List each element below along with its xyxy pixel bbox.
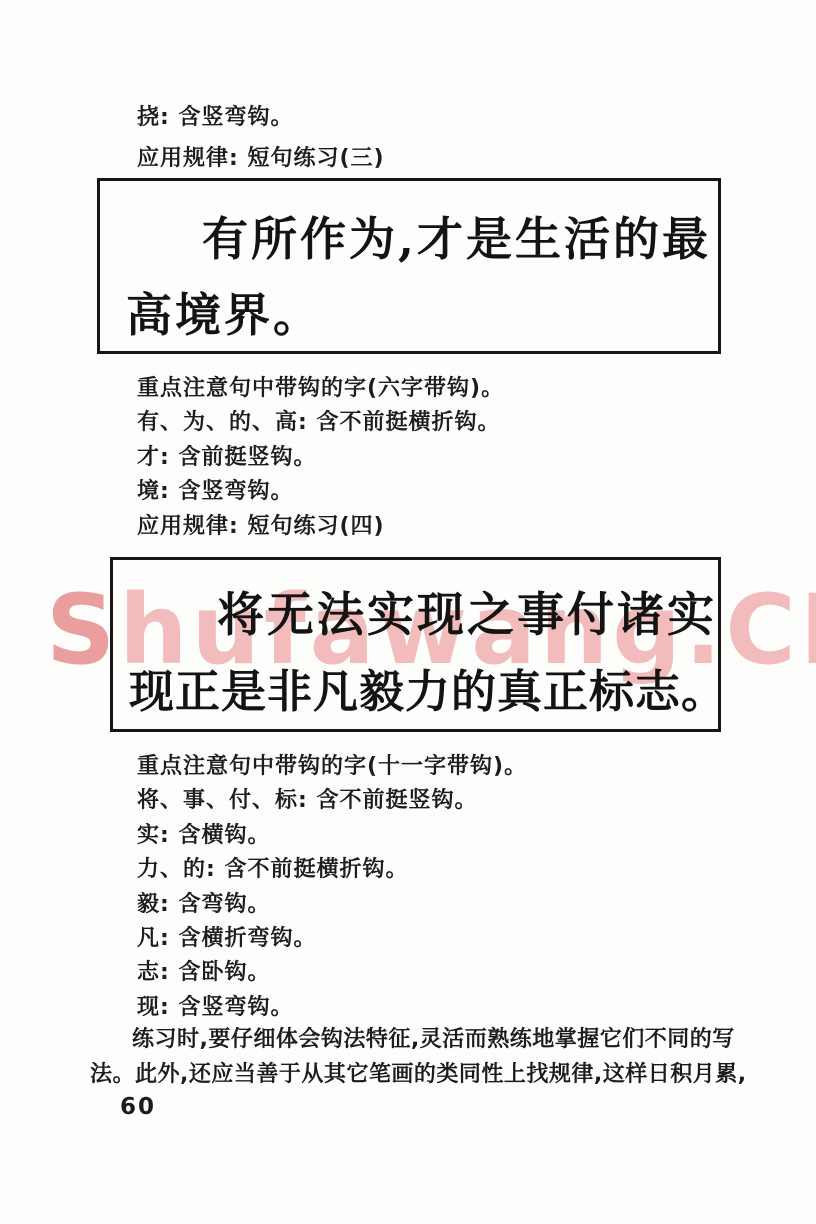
note-line: 凡: 含横折弯钩。 xyxy=(137,922,527,956)
practice-sentence-box-1: 有所作为,才是生活的最 高境界。 xyxy=(97,178,721,354)
hook-notes-section-2: 重点注意句中带钩的字(十一字带钩)。 将、事、付、标: 含不前挺竖钩。 实: 含… xyxy=(137,750,527,1025)
rule-line: 挠: 含竖弯钩。 xyxy=(137,100,293,131)
note-line: 应用规律: 短句练习(四) xyxy=(137,510,504,544)
note-line: 才: 含前挺竖钩。 xyxy=(137,441,504,475)
note-line: 有、为、的、高: 含不前挺横折钩。 xyxy=(137,406,504,440)
rule-line: 应用规律: 短句练习(三) xyxy=(137,141,385,172)
paragraph-line: 法。此外,还应当善于从其它笔画的类同性上找规律,这样日积月累, xyxy=(90,1057,736,1092)
note-line: 志: 含卧钩。 xyxy=(137,956,527,990)
practice-sentence-box-2: 将无法实现之事付诸实 现正是非凡毅力的真正标志。 xyxy=(110,557,721,732)
note-line: 毅: 含弯钩。 xyxy=(137,888,527,922)
note-line: 力、的: 含不前挺横折钩。 xyxy=(137,853,527,887)
handwriting-line: 有所作为,才是生活的最 xyxy=(202,203,711,269)
note-line: 重点注意句中带钩的字(六字带钩)。 xyxy=(137,372,504,406)
note-line: 现: 含竖弯钩。 xyxy=(137,991,527,1025)
handwriting-line: 将无法实现之事付诸实 xyxy=(217,578,717,645)
note-line: 实: 含横钩。 xyxy=(137,819,527,853)
page-number: 60 xyxy=(120,1094,156,1120)
hook-notes-section-1: 重点注意句中带钩的字(六字带钩)。 有、为、的、高: 含不前挺横折钩。 才: 含… xyxy=(137,372,504,544)
closing-paragraph: 练习时,要仔细体会钩法特征,灵活而熟练地掌握它们不同的写 法。此外,还应当善于从… xyxy=(90,1022,736,1092)
note-line: 将、事、付、标: 含不前挺竖钩。 xyxy=(137,784,527,818)
paragraph-line: 练习时,要仔细体会钩法特征,灵活而熟练地掌握它们不同的写 xyxy=(90,1022,736,1057)
handwriting-line: 高境界。 xyxy=(126,279,322,345)
scanned-book-page: { "page": { "number": "60", "watermark":… xyxy=(0,0,816,1224)
note-line: 重点注意句中带钩的字(十一字带钩)。 xyxy=(137,750,527,784)
handwriting-line: 现正是非凡毅力的真正标志。 xyxy=(129,655,727,720)
note-line: 境: 含竖弯钩。 xyxy=(137,475,504,509)
